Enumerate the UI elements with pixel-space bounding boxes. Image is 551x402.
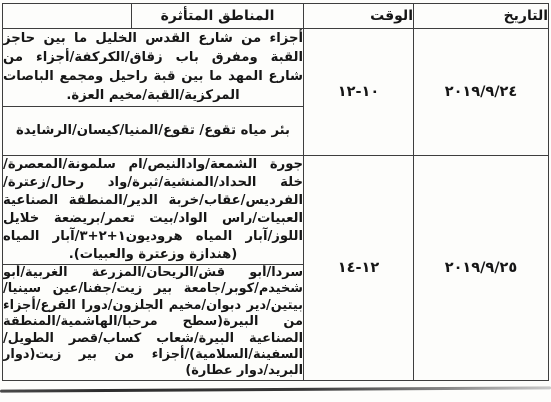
blank-header-cell [3,4,132,29]
areas-cell-3: جورة الشمعة/وادالنيص/ام سلمونة/المعصرة/خ… [3,156,304,265]
time-cell-group2: ١٢-١٤ [304,156,414,381]
table-row: ٢٠١٩/٩/٢٥ ١٢-١٤ جورة الشمعة/وادالنيص/ام … [3,156,549,265]
areas-cell-1: أجزاء من شارع القدس الخليل ما بين حاجز ا… [3,29,304,107]
table-row: ٢٠١٩/٩/٢٤ ١٠-١٢ أجزاء من شارع القدس الخل… [3,29,549,107]
time-column-header: الوقت [304,4,414,29]
time-cell-group1: ١٠-١٢ [304,29,414,156]
areas-cell-2: بئر مياه تقوع/ تقوع/المنيا/كيسان/الرشايد… [3,107,304,156]
date-cell-group1: ٢٠١٩/٩/٢٤ [414,29,549,156]
scanned-document-page: التاريخ الوقت المناطق المتأثرة ٢٠١٩/٩/٢٤… [0,0,551,402]
areas-cell-4: سردا/أبو قش/الريحان/المزرعة الغربية/أبو … [3,265,304,381]
date-cell-group2: ٢٠١٩/٩/٢٥ [414,156,549,381]
outage-schedule-table: التاريخ الوقت المناطق المتأثرة ٢٠١٩/٩/٢٤… [2,3,549,381]
next-table-top-border [0,386,551,392]
date-column-header: التاريخ [414,4,549,29]
areas-column-header: المناطق المتأثرة [132,4,304,29]
header-row: التاريخ الوقت المناطق المتأثرة [3,4,549,29]
